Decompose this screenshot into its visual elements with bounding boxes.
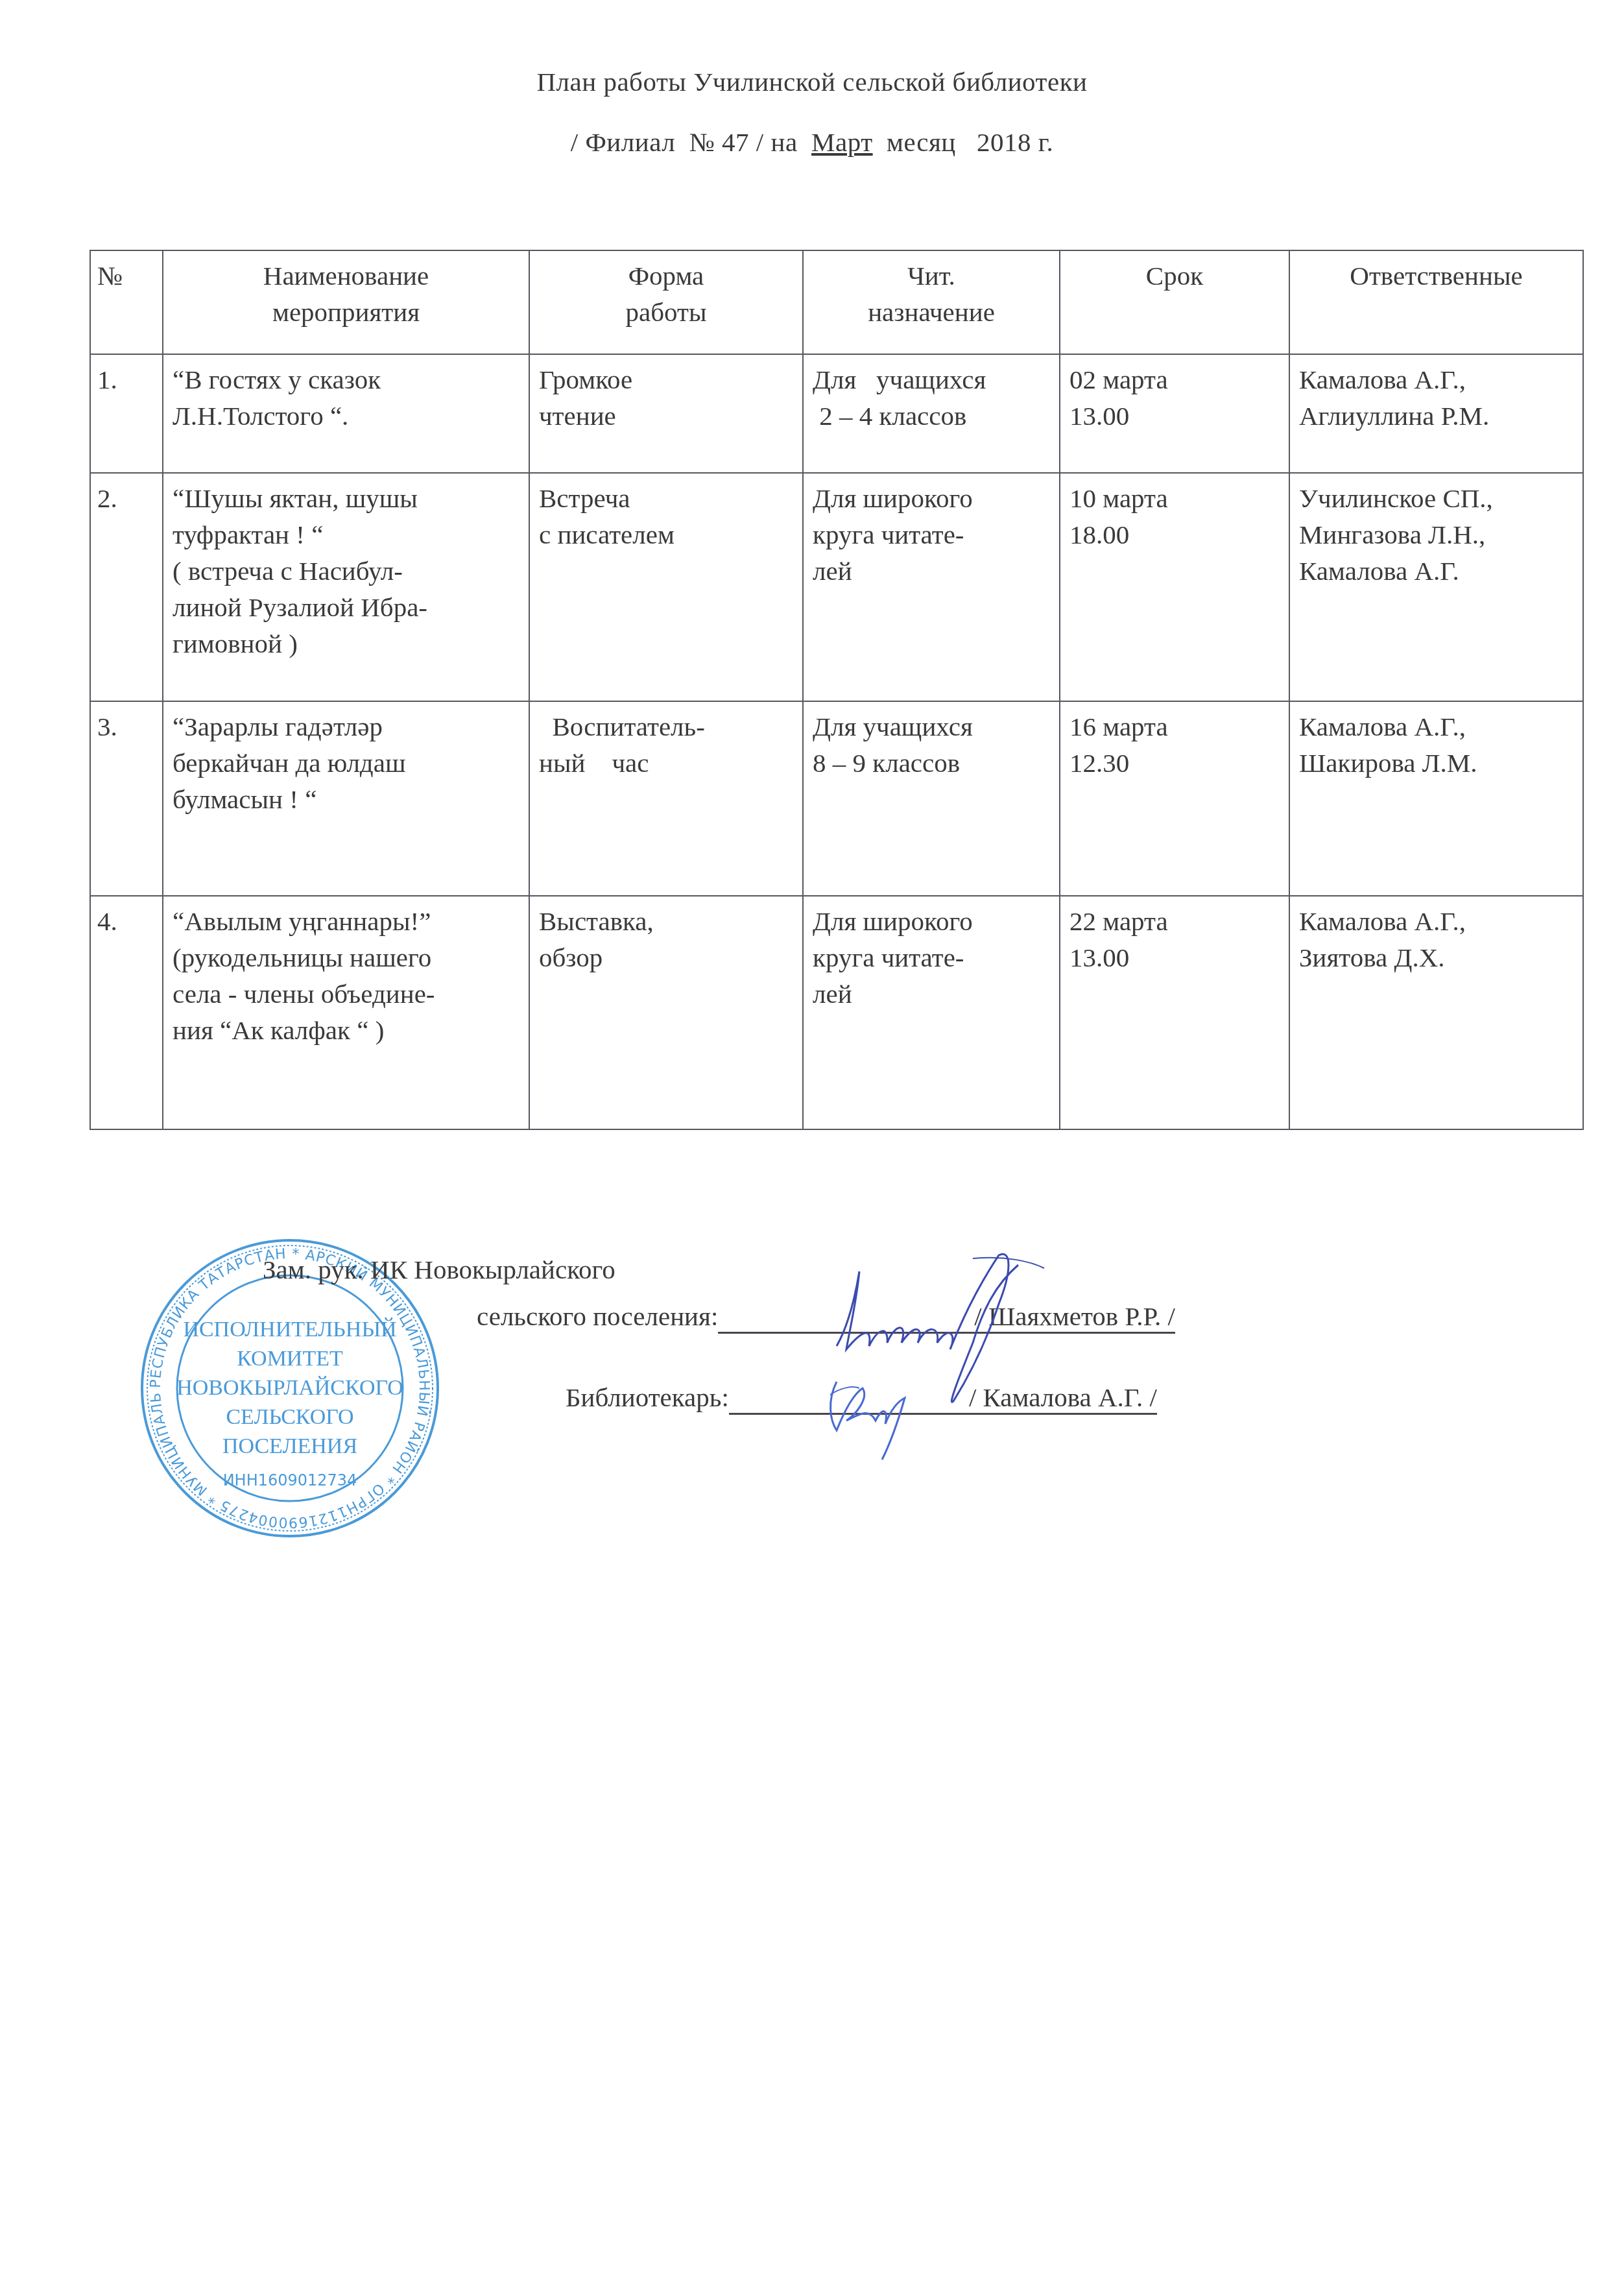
row-number: 1. <box>90 354 163 473</box>
deputy-title-line2: сельского поселения: <box>477 1301 718 1331</box>
event-form: Выставка, обзор <box>529 896 803 1129</box>
event-date: 16 марта 12.30 <box>1060 701 1289 896</box>
table-row: 4. “Авылым уңганнары!” (рукодельницы наш… <box>90 896 1583 1129</box>
column-header-number: № <box>90 250 163 354</box>
stamp-line: ИСПОЛНИТЕЛЬНЫЙ <box>183 1317 396 1342</box>
subtitle-month: Март <box>811 127 873 157</box>
column-header-event-name: Наименование мероприятия <box>163 250 529 354</box>
event-date: 02 марта 13.00 <box>1060 354 1289 473</box>
event-date: 22 марта 13.00 <box>1060 896 1289 1129</box>
table-row: 1. “В гостях у сказок Л.Н.Толстого “. Гр… <box>90 354 1583 473</box>
librarian-handwritten-signature <box>817 1369 947 1466</box>
event-audience: Для учащихся 8 – 9 классов <box>803 701 1060 896</box>
event-name: “Авылым уңганнары!” (рукодельницы нашего… <box>163 896 529 1129</box>
event-responsible: Камалова А.Г., Шакирова Л.М. <box>1289 701 1583 896</box>
stamp-inn: ИНН1609012734 <box>223 1471 357 1489</box>
column-header-date: Срок <box>1060 250 1289 354</box>
event-form: Встреча с писателем <box>529 473 803 701</box>
stamp-line: КОМИТЕТ <box>237 1347 343 1371</box>
subtitle-prefix: / Филиал № 47 / на <box>571 127 811 157</box>
event-date: 10 марта 18.00 <box>1060 473 1289 701</box>
column-header-responsible: Ответственные <box>1289 250 1583 354</box>
document-subtitle: / Филиал № 47 / на Март месяц 2018 г. <box>0 126 1624 158</box>
event-name: “Шушы яктан, шушы туфрактан ! “ ( встреч… <box>163 473 529 701</box>
row-number: 2. <box>90 473 163 701</box>
event-form: Громкое чтение <box>529 354 803 473</box>
event-responsible: Камалова А.Г., Зиятова Д.Х. <box>1289 896 1583 1129</box>
event-name: “Зарарлы гадәтләр беркайчан да юлдаш бул… <box>163 701 529 896</box>
column-header-audience: Чит. назначение <box>803 250 1060 354</box>
stamp-line: ПОСЕЛЕНИЯ <box>222 1434 357 1458</box>
table-header-row: № Наименование мероприятия Форма работы … <box>90 250 1583 354</box>
event-audience: Для широкого круга читате- лей <box>803 896 1060 1129</box>
deputy-title-line1: Зам. рук. ИК Новокырлайского <box>263 1254 615 1285</box>
stamp-line: СЕЛЬСКОГО <box>226 1405 353 1429</box>
table-row: 3. “Зарарлы гадәтләр беркайчан да юлдаш … <box>90 701 1583 896</box>
event-responsible: Камалова А.Г., Аглиуллина Р.М. <box>1289 354 1583 473</box>
row-number: 3. <box>90 701 163 896</box>
event-audience: Для учащихся 2 – 4 классов <box>803 354 1060 473</box>
document-title: План работы Училинской сельской библиоте… <box>0 66 1624 97</box>
stamp-line: НОВОКЫРЛАЙСКОГО <box>176 1376 403 1400</box>
event-responsible: Училинское СП., Мингазова Л.Н., Камалова… <box>1289 473 1583 701</box>
event-form: Воспитатель- ный час <box>529 701 803 896</box>
subtitle-suffix: месяц 2018 г. <box>873 127 1054 157</box>
event-name: “В гостях у сказок Л.Н.Толстого “. <box>163 354 529 473</box>
table-row: 2. “Шушы яктан, шушы туфрактан ! “ ( вст… <box>90 473 1583 701</box>
plan-table: № Наименование мероприятия Форма работы … <box>90 250 1584 1130</box>
librarian-label: Библиотекарь: <box>566 1382 729 1412</box>
row-number: 4. <box>90 896 163 1129</box>
event-audience: Для широкого круга читате- лей <box>803 473 1060 701</box>
column-header-form: Форма работы <box>529 250 803 354</box>
